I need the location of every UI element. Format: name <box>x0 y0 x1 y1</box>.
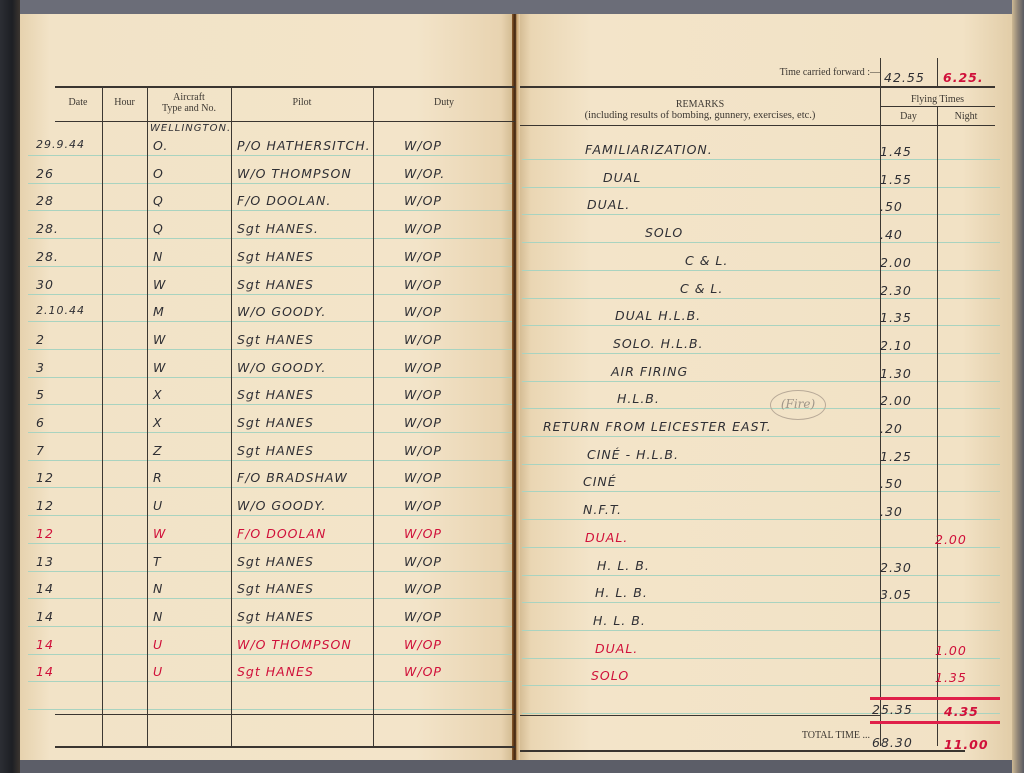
header-bottom-rule <box>55 121 515 122</box>
ruled-line <box>522 214 1000 215</box>
entry-aircraft: N <box>153 249 163 264</box>
header-pilot: Pilot <box>231 97 373 108</box>
ruled-line <box>28 460 512 461</box>
entry-aircraft: W <box>153 277 166 292</box>
left-footer-rule-1 <box>55 714 515 715</box>
ruled-line <box>522 575 1000 576</box>
ruled-line <box>522 519 1000 520</box>
entry-pilot: W/O GOODY. <box>237 304 326 319</box>
entry-pilot: P/O HATHERSITCH. <box>237 138 371 153</box>
col-divider-pilot <box>373 86 374 746</box>
entry-duty: W/OP <box>404 332 442 347</box>
ruled-line <box>522 630 1000 631</box>
entry-aircraft: O. <box>153 138 168 153</box>
entry-remarks: DUAL. <box>595 641 638 656</box>
entry-day-time: .40 <box>880 227 903 242</box>
ruled-line <box>28 543 512 544</box>
entry-aircraft: W <box>153 526 166 541</box>
entry-remarks: DUAL. <box>585 530 628 545</box>
entry-aircraft: W <box>153 332 166 347</box>
ruled-line <box>522 602 1000 603</box>
header-night: Night <box>937 111 995 122</box>
right-footer-rule-1 <box>520 715 880 716</box>
right-footer-rule-2 <box>520 750 965 752</box>
entry-remarks: H. L. B. <box>597 558 650 573</box>
entry-duty: W/OP <box>404 498 442 513</box>
entry-aircraft: U <box>153 498 163 513</box>
header-date: Date <box>55 97 101 108</box>
entry-night-time: 1.00 <box>935 643 967 658</box>
entry-day-time: .50 <box>880 476 903 491</box>
entry-date: 28. <box>36 249 59 264</box>
entry-pilot: Sgt HANES <box>237 443 314 458</box>
entry-duty: W/OP <box>404 664 442 679</box>
entry-duty: W/OP <box>404 387 442 402</box>
entry-night-time: 1.35 <box>935 670 967 685</box>
entry-pilot: Sgt HANES <box>237 277 314 292</box>
entry-aircraft: R <box>153 470 163 485</box>
entry-pilot: F/O BRADSHAW <box>237 470 348 485</box>
entry-date: 29.9.44 <box>36 138 85 151</box>
entry-aircraft: Z <box>153 443 163 458</box>
entry-date: 13 <box>36 554 54 569</box>
ruled-line <box>28 709 512 710</box>
ruled-line <box>28 321 512 322</box>
entry-aircraft: X <box>153 387 163 402</box>
entry-day-time: 1.45 <box>880 144 912 159</box>
entry-date: 14 <box>36 581 54 596</box>
entry-pilot: W/O GOODY. <box>237 360 326 375</box>
entry-date: 28. <box>36 221 59 236</box>
entry-day-time: 1.35 <box>880 310 912 325</box>
carried-forward-night: 6.25. <box>943 70 984 85</box>
carried-forward-divider-1 <box>880 58 881 88</box>
entry-pilot: F/O DOOLAN. <box>237 193 331 208</box>
carried-forward-day: 42.55 <box>884 70 925 85</box>
entry-remarks: SOLO <box>645 225 683 240</box>
background-bottom <box>0 760 1024 773</box>
book-gutter <box>512 14 520 760</box>
entry-aircraft: Q <box>153 193 164 208</box>
entry-pilot: Sgt HANES <box>237 609 314 624</box>
book-binding <box>0 0 20 773</box>
entry-duty: W/OP <box>404 360 442 375</box>
entry-aircraft: M <box>153 304 165 319</box>
ruled-line <box>28 654 512 655</box>
ruled-line <box>28 266 512 267</box>
entry-pilot: Sgt HANES <box>237 554 314 569</box>
margin-annotation: (Fire) <box>770 390 826 420</box>
ruled-line <box>28 183 512 184</box>
entry-aircraft: N <box>153 581 163 596</box>
col-divider-hour <box>147 86 148 746</box>
entry-remarks: CINÉ <box>583 474 617 489</box>
right-header-bottom-rule <box>520 125 995 126</box>
header-aircraft-line1: Aircraft <box>147 92 231 103</box>
entry-day-time: 2.30 <box>880 560 912 575</box>
entry-duty: W/OP <box>404 193 442 208</box>
entry-day-time: 1.55 <box>880 172 912 187</box>
logbook-spread: Date Hour Aircraft Type and No. Pilot Du… <box>0 0 1024 773</box>
entry-remarks: DUAL <box>603 170 641 185</box>
entry-night-time: 2.00 <box>935 532 967 547</box>
entry-pilot: Sgt HANES. <box>237 221 319 236</box>
entry-aircraft: U <box>153 664 163 679</box>
entry-remarks: H.L.B. <box>617 391 660 406</box>
entry-date: 26 <box>36 166 54 181</box>
header-aircraft-line2: Type and No. <box>147 103 231 114</box>
header-remarks-sub: (including results of bombing, gunnery, … <box>525 110 875 121</box>
entry-remarks: SOLO. H.L.B. <box>613 336 704 351</box>
entry-day-time: 3.05 <box>880 587 912 602</box>
ruled-line <box>522 408 1000 409</box>
entry-duty: W/OP <box>404 138 442 153</box>
left-footer-rule-2 <box>55 746 515 748</box>
ruled-line <box>522 381 1000 382</box>
entry-aircraft: U <box>153 637 163 652</box>
entry-remarks: C & L. <box>685 253 728 268</box>
entry-pilot: Sgt HANES <box>237 332 314 347</box>
entry-duty: W/OP <box>404 637 442 652</box>
entry-date: 12 <box>36 526 54 541</box>
header-remarks: REMARKS <box>525 99 875 110</box>
entry-remarks: DUAL H.L.B. <box>615 308 701 323</box>
ruled-line <box>522 242 1000 243</box>
entry-day-time: 1.30 <box>880 366 912 381</box>
entry-aircraft: X <box>153 415 163 430</box>
entry-day-time: .30 <box>880 504 903 519</box>
ruled-line <box>522 491 1000 492</box>
ruled-line <box>28 598 512 599</box>
entry-duty: W/OP <box>404 249 442 264</box>
entry-pilot: W/O THOMPSON <box>237 166 352 181</box>
entry-date: 12 <box>36 470 54 485</box>
entry-remarks: C & L. <box>680 281 723 296</box>
entry-duty: W/OP <box>404 443 442 458</box>
ruled-line <box>28 404 512 405</box>
col-divider-aircraft <box>231 86 232 746</box>
entry-aircraft: W <box>153 360 166 375</box>
ruled-line <box>522 187 1000 188</box>
ruled-line <box>28 515 512 516</box>
entry-pilot: W/O GOODY. <box>237 498 326 513</box>
entry-date: 14 <box>36 664 54 679</box>
aircraft-type-note: WELLINGTON. <box>150 123 231 134</box>
entry-day-time: .50 <box>880 199 903 214</box>
entry-remarks: AIR FIRING <box>611 364 688 379</box>
entry-duty: W/OP <box>404 526 442 541</box>
entry-pilot: Sgt HANES <box>237 249 314 264</box>
col-divider-date <box>102 86 103 746</box>
entry-duty: W/OP <box>404 554 442 569</box>
entry-aircraft: Q <box>153 221 164 236</box>
ruled-line <box>28 571 512 572</box>
header-top-rule <box>55 86 515 88</box>
entry-aircraft: T <box>153 554 162 569</box>
entry-day-time: 2.30 <box>880 283 912 298</box>
header-hour: Hour <box>102 97 147 108</box>
entry-day-time: 1.25 <box>880 449 912 464</box>
page-edges <box>1012 0 1024 773</box>
ruled-line <box>522 159 1000 160</box>
entry-day-time: 2.00 <box>880 255 912 270</box>
entry-date: 3 <box>36 360 45 375</box>
entry-date: 6 <box>36 415 45 430</box>
ruled-line <box>28 294 512 295</box>
header-day: Day <box>880 111 937 122</box>
entry-aircraft: N <box>153 609 163 624</box>
entry-duty: W/OP <box>404 609 442 624</box>
page-total-day: 25.35 <box>872 702 913 717</box>
entry-date: 30 <box>36 277 54 292</box>
entry-duty: W/OP. <box>404 166 445 181</box>
carried-forward-divider-2 <box>937 58 938 88</box>
ruled-line <box>522 436 1000 437</box>
entry-pilot: Sgt HANES <box>237 581 314 596</box>
ruled-line <box>28 210 512 211</box>
entry-remarks: CINÉ - H.L.B. <box>587 447 679 462</box>
totals-red-rule-top <box>870 697 1000 700</box>
ruled-line <box>28 155 512 156</box>
ruled-line <box>522 325 1000 326</box>
entry-pilot: Sgt HANES <box>237 387 314 402</box>
entry-day-time: 2.00 <box>880 393 912 408</box>
ruled-line <box>522 464 1000 465</box>
page-total-night: 4.35 <box>944 704 979 719</box>
entry-day-time: 2.10 <box>880 338 912 353</box>
entry-day-time: .20 <box>880 421 903 436</box>
entry-date: 5 <box>36 387 45 402</box>
background-top <box>0 0 1024 14</box>
header-flying-times: Flying Times <box>880 94 995 105</box>
entry-remarks: H. L. B. <box>595 585 648 600</box>
entry-date: 2.10.44 <box>36 304 85 317</box>
total-time-label: TOTAL TIME ... <box>740 730 870 741</box>
entry-date: 7 <box>36 443 45 458</box>
ruled-line <box>522 713 1000 714</box>
ruled-line <box>28 377 512 378</box>
header-duty: Duty <box>373 97 515 108</box>
totals-red-rule-bottom <box>870 721 1000 724</box>
total-time-day: 68.30 <box>872 735 913 750</box>
entry-aircraft: O <box>153 166 164 181</box>
entry-duty: W/OP <box>404 470 442 485</box>
entry-date: 28 <box>36 193 54 208</box>
entry-remarks: DUAL. <box>587 197 630 212</box>
ruled-line <box>522 685 1000 686</box>
entry-date: 2 <box>36 332 45 347</box>
ruled-line <box>28 626 512 627</box>
entry-pilot: F/O DOOLAN <box>237 526 326 541</box>
entry-pilot: Sgt HANES <box>237 664 314 679</box>
entry-remarks: H. L. B. <box>593 613 646 628</box>
entry-duty: W/OP <box>404 221 442 236</box>
entry-duty: W/OP <box>404 304 442 319</box>
ruled-line <box>522 353 1000 354</box>
entry-pilot: Sgt HANES <box>237 415 314 430</box>
ruled-line <box>522 298 1000 299</box>
ruled-line <box>28 487 512 488</box>
ruled-line <box>522 547 1000 548</box>
time-carried-forward-label: Time carried forward :— <box>700 67 880 78</box>
entry-date: 14 <box>36 609 54 624</box>
ruled-line <box>28 238 512 239</box>
entry-remarks: N.F.T. <box>583 502 622 517</box>
entry-remarks: RETURN FROM LEICESTER EAST. <box>543 419 772 434</box>
entry-duty: W/OP <box>404 415 442 430</box>
entry-remarks: SOLO <box>591 668 629 683</box>
entry-duty: W/OP <box>404 277 442 292</box>
ruled-line <box>28 432 512 433</box>
ruled-line <box>522 658 1000 659</box>
entry-remarks: FAMILIARIZATION. <box>585 142 713 157</box>
entry-date: 14 <box>36 637 54 652</box>
entry-pilot: W/O THOMPSON <box>237 637 352 652</box>
entry-duty: W/OP <box>404 581 442 596</box>
ruled-line <box>522 270 1000 271</box>
entry-date: 12 <box>36 498 54 513</box>
ruled-line <box>28 681 512 682</box>
right-header-top-rule <box>520 86 995 88</box>
ruled-line <box>28 349 512 350</box>
